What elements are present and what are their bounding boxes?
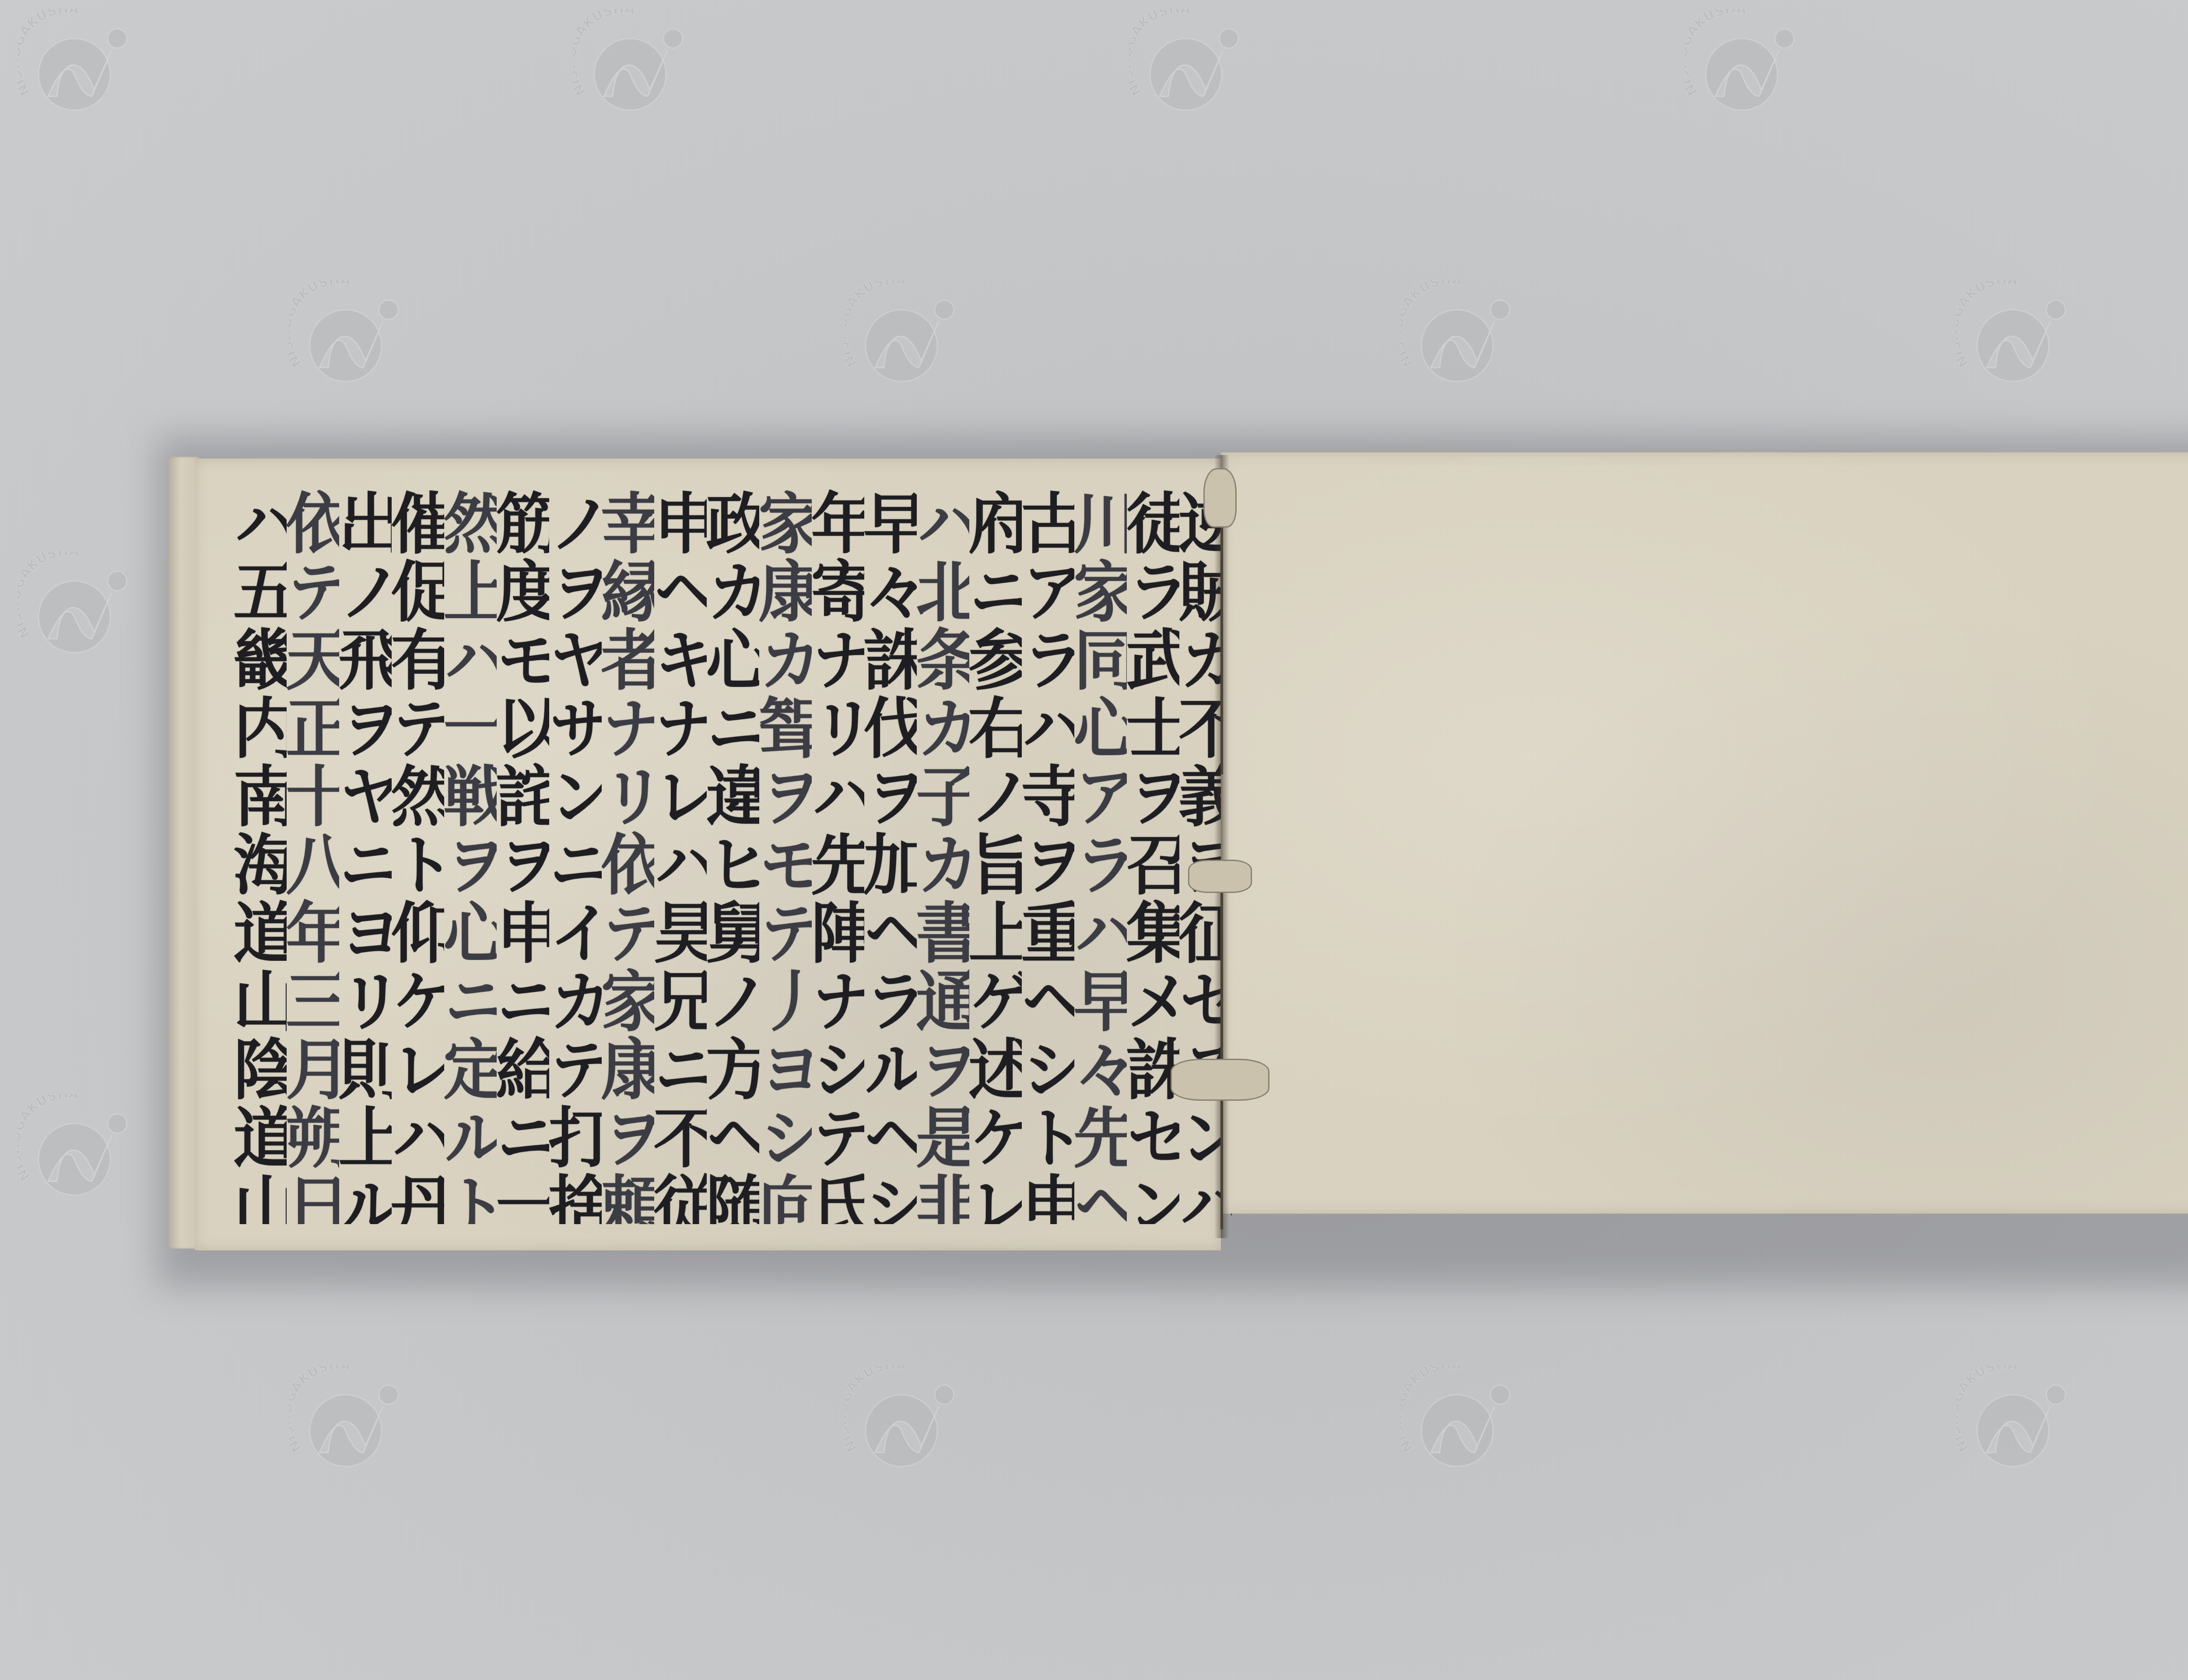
nishogakusha-logo-icon: NISHOGAKUSHA	[18, 9, 131, 122]
left-page-text: 逆賊カ不義ヲ征セスンハ誰カ武名ヲ立ン然ニ徒ラ武士ヲ召集メ誅セント存スル也徳川家同…	[234, 489, 1232, 1224]
left-page: 逆賊カ不義ヲ征セスンハ誰カ武名ヲ立ン然ニ徒ラ武士ヲ召集メ誅セント存スル也徳川家同…	[195, 458, 1221, 1250]
nishogakusha-logo-icon: NISHOGAKUSHA	[1685, 9, 1799, 122]
nishogakusha-logo-icon: NISHOGAKUSHA	[845, 280, 958, 394]
nishogakusha-logo-icon: NISHOGAKUSHA	[289, 280, 403, 394]
right-page: 進発シ北条ヲ退治スヘシ迚夫々ヘ軍兵ヲ催促セラレ甚後江が水口ノ城主長束大蔵大輔ニ下…	[1221, 452, 2188, 1214]
manuscript-column: 家康カ聟ヲモテ丿ヨシ向ヘ氏父氏	[759, 489, 812, 1224]
nishogakusha-logo-icon: NISHOGAKUSHA	[1400, 1365, 1514, 1479]
nishogakusha-logo-icon: NISHOGAKUSHA	[1129, 9, 1243, 122]
manuscript-column: ハ北条カ子カ書通ヲ是非ヲ論スル処ナシ	[917, 489, 969, 1224]
manuscript-column: 筋度モ以詫ヲ申ニ給ニ一度モ無ク次	[497, 489, 549, 1224]
nishogakusha-logo-icon: NISHOGAKUSHA	[289, 1365, 403, 1479]
manuscript-column: 政カ心ニ違ヒ舅ノ方ヘ随シトハ争テカ	[707, 489, 759, 1224]
manuscript-column: 幸縁者ナリ依テ家康ヲ頼ミ和睦	[602, 489, 654, 1224]
manuscript-column: 然上ハ一戦ヲ心ニ定ルトミヘタリ軍兵ヲ	[444, 489, 497, 1224]
manuscript-column: 徒ラ武士ヲ召集メ誅セント存スル也徳	[1127, 489, 1179, 1224]
manuscript-column: ノヲヤサンニイカテ打捨ベキ叶ハ又近モ	[549, 489, 602, 1224]
paper-twist-knot	[1188, 860, 1252, 893]
binding-thread	[1220, 871, 1223, 1229]
paper-twist-knot	[1171, 1059, 1269, 1101]
manuscript-column: 出ノ飛ヲヤニヨリ則上ル文ヲ出シケリ	[339, 489, 392, 1224]
nishogakusha-logo-icon: NISHOGAKUSHA	[1956, 280, 2070, 394]
manuscript-column: 府ニ参右ノ旨上ゲ述ケレハ	[969, 489, 1022, 1224]
manuscript-column: ハ五畿内南海道山陰道山陽道北陸道	[234, 489, 287, 1224]
manuscript-column: 依テ天正十八年三月朔日進発ト触ラル	[287, 489, 339, 1224]
nishogakusha-logo-icon: NISHOGAKUSHA	[18, 1094, 131, 1207]
nishogakusha-logo-icon: NISHOGAKUSHA	[845, 1365, 958, 1479]
manuscript-column: 川家同心アラハ早々先ヘヲモ差シ遣ルヘシ	[1074, 489, 1127, 1224]
manuscript-column: 年寄ナリハ先陣ナシテ氏直ハ智年十六	[812, 489, 864, 1224]
nishogakusha-logo-icon: NISHOGAKUSHA	[18, 551, 131, 665]
manuscript-column: 申ヘキナレハ昊兄ニ不従カ又氏政カ心解ケ	[654, 489, 707, 1224]
manuscript-column: 古アラハ寺ヲ重ヘシト申遣ラル丹後守駿	[1022, 489, 1074, 1224]
nishogakusha-logo-icon: NISHOGAKUSHA	[1400, 280, 1514, 394]
manuscript-column: 早々誅伐ヲ加ヘラルヘシ家康ハ小田原ノ	[864, 489, 917, 1224]
nishogakusha-logo-icon: NISHOGAKUSHA	[573, 9, 687, 122]
paper-twist-knot	[1203, 468, 1237, 528]
open-manuscript-book: 一八 四十二 逆賊カ不義ヲ征セスンハ誰カ武名ヲ立ン然ニ徒ラ武士ヲ召集メ誅セント存…	[168, 451, 2188, 1256]
nishogakusha-logo-icon: NISHOGAKUSHA	[1956, 1365, 2070, 1479]
manuscript-column: 催促有テ然ト仰ケレハ丹後守ヲ納テ	[392, 489, 444, 1224]
